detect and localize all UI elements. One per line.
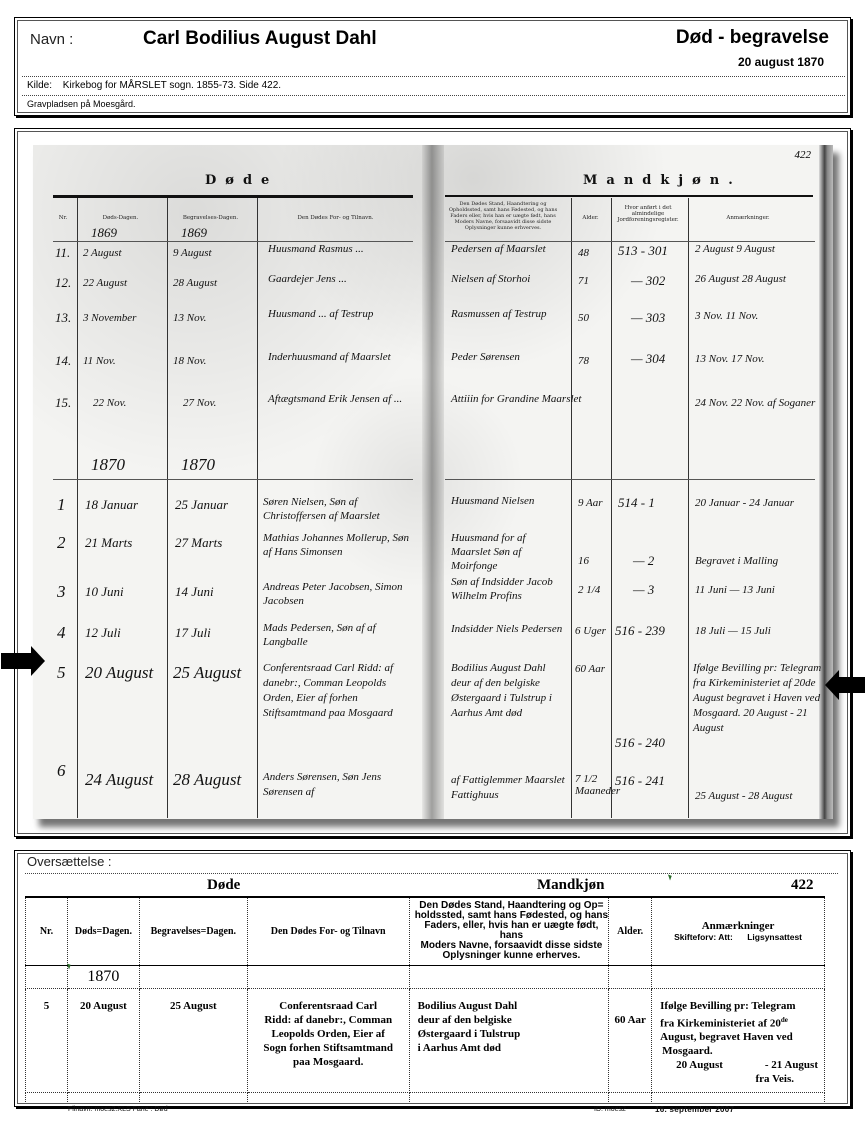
scan-death: 12 Juli	[85, 625, 121, 641]
entry-name: Conferentsraad Carl Ridd: af danebr:, Co…	[247, 988, 409, 1092]
entry-burial-day: 25 August	[139, 988, 247, 1092]
scan-stand: Nielsen af Storhoi	[451, 273, 530, 285]
scan-age: 2 1/4	[578, 584, 600, 596]
scan-year-1870-burial: 1870	[181, 455, 215, 475]
scan-nr-highlighted: 5	[57, 663, 66, 683]
scan-stand-highlighted: Bodilius August Dahl deur af den belgisk…	[451, 661, 566, 721]
scan-register: 513 - 301	[618, 243, 668, 259]
scan-burial: 25 Januar	[175, 497, 228, 513]
translation-label: Oversættelse :	[27, 854, 112, 869]
scan-nr: 12.	[55, 275, 71, 291]
burial-place-note: Gravpladsen på Moesgård.	[27, 99, 136, 109]
scan-note: 24 Nov. 22 Nov. af Soganer	[695, 397, 815, 409]
scan-stand: Indsidder Niels Pedersen	[451, 623, 562, 635]
divider	[22, 76, 845, 77]
remarks-line: Ifølge Bevilling pr: Telegram	[660, 999, 824, 1013]
scan-death: 10 Juni	[85, 584, 124, 600]
scan-stand: Rasmussen af Testrup	[451, 308, 547, 320]
scan-nr: 6	[57, 761, 66, 781]
scan-register: 514 - 1	[618, 495, 655, 511]
scan-age: 71	[578, 275, 589, 287]
year-cell: 1870	[67, 965, 139, 988]
scan-name: Inderhuusmand af Maarslet	[268, 351, 391, 363]
event-date: 20 august 1870	[738, 55, 824, 69]
scan-box: Døde Mandkjøn. 422 Nr. Døds-Dagen. Begra…	[14, 128, 851, 837]
remarks-superscript: de	[781, 1016, 788, 1024]
scan-name: Huusmand ... af Testrup	[268, 308, 373, 320]
scan-age: 78	[578, 355, 589, 367]
scan-year-1869-burial: 1869	[181, 225, 207, 241]
scan-note: Begravet i Malling	[695, 555, 778, 567]
event-type: Død - begravelse	[676, 27, 829, 49]
scan-note-highlighted: Ifølge Bevilling pr: Telegram fra Kirkem…	[693, 661, 823, 736]
scan-rule	[445, 195, 813, 197]
entry-age: 60 Aar	[609, 988, 652, 1092]
scan-name-highlighted: Conferentsraad Carl Ridd: af danebr:, Co…	[263, 661, 413, 721]
scan-col-line	[167, 198, 168, 818]
scan-burial: 28 August	[173, 770, 241, 790]
scan-col-line	[688, 198, 689, 818]
col-name: Den Dødes For- og Tilnavn	[247, 897, 409, 965]
scan-stand: Attiiin for Grandine Maarslet	[451, 393, 581, 405]
col-burial-day: Begravelses=Dagen.	[139, 897, 247, 965]
inquest-date: - 21 August	[765, 1058, 818, 1072]
scan-register: — 303	[631, 310, 665, 326]
scan-name: Mads Pedersen, Søn af af Langballe	[263, 621, 413, 649]
scan-header-line	[445, 241, 815, 242]
col-remarks-probate: Skifteforv: Att:	[674, 932, 733, 942]
scan-col-line	[571, 198, 572, 818]
scan-register: 516 - 239	[615, 623, 665, 639]
scan-page-number: 422	[795, 149, 812, 161]
name-label: Navn :	[30, 31, 73, 48]
col-remarks-inquest: Ligsynsattest	[747, 932, 802, 942]
scan-register: — 3	[633, 582, 654, 598]
scan-name: Søren Nielsen, Søn af Christoffersen af …	[263, 495, 413, 523]
scan-burial: 27 Marts	[175, 535, 222, 551]
scan-name: Andreas Peter Jacobsen, Simon Jacobsen	[263, 580, 413, 608]
scan-burial: 9 August	[173, 247, 212, 259]
scan-note: 25 August - 28 August	[695, 790, 792, 802]
entry-stand: Bodilius August Dahl deur af den belgisk…	[409, 988, 609, 1092]
scan-death: 22 August	[83, 277, 127, 289]
blank-row	[26, 1092, 825, 1102]
scan-burial: 13 Nov.	[173, 312, 206, 324]
scan-year-1870-death: 1870	[91, 455, 125, 475]
scan-burial: 17 Juli	[175, 625, 211, 641]
scan-nr: 13.	[55, 310, 71, 326]
scan-stand: Søn af Indsidder Jacob Wilhelm Profins	[451, 575, 566, 603]
scan-nr: 11.	[55, 245, 70, 261]
scan-col-nr: Nr.	[53, 215, 73, 221]
translation-header-row: Nr. Døds=Dagen. Begravelses=Dagen. Den D…	[26, 897, 825, 965]
translation-table: Nr. Døds=Dagen. Begravelses=Dagen. Den D…	[25, 896, 825, 1102]
scan-register: — 304	[631, 351, 665, 367]
scan-register: — 302	[631, 273, 665, 289]
scan-col-burial: Begravelses-Dagen.	[168, 215, 253, 221]
scan-register-highlighted: 516 - 240	[615, 735, 665, 751]
scan-year-line	[445, 479, 815, 480]
scan-death: 3 November	[83, 312, 136, 324]
footer-id: ID: moes2	[594, 1106, 626, 1113]
scan-register: 516 - 241	[615, 773, 665, 789]
col-stand: Den Dødes Stand, Haandtering og Op= hold…	[409, 897, 609, 965]
translation-title-left: Døde	[207, 877, 240, 894]
year-row: 1870	[26, 965, 825, 988]
col-death-day: Døds=Dagen.	[67, 897, 139, 965]
scan-col-line	[611, 198, 612, 818]
inquest-from: fra Veis.	[660, 1072, 824, 1086]
scan-age: 16	[578, 555, 589, 567]
scan-nr: 14.	[55, 353, 71, 369]
scan-age-highlighted: 60 Aar	[575, 663, 605, 675]
divider	[25, 873, 838, 874]
scan-stand: af Fattiglemmer Maarslet Fattighuus	[451, 773, 566, 803]
scan-stand: Huusmand Nielsen	[451, 495, 534, 507]
scan-name: Aftægtsmand Erik Jensen af ...	[268, 393, 402, 405]
arrow-right-icon	[1, 646, 45, 676]
scan-burial: 28 August	[173, 277, 217, 289]
scan-note: 13 Nov. 17 Nov.	[695, 353, 765, 365]
scan-note: 18 Juli — 15 Juli	[695, 625, 771, 637]
scan-age: 50	[578, 312, 589, 324]
scan-stand: Huusmand for af Maarslet Søn af Moirfong…	[451, 531, 566, 573]
scan-col-line	[77, 198, 78, 818]
scan-stand: Pedersen af Maarslet	[451, 243, 546, 255]
scan-death: 24 August	[85, 770, 153, 790]
scan-year-1869-death: 1869	[91, 225, 117, 241]
comment-marker-icon	[65, 963, 70, 969]
scan-death: 11 Nov.	[83, 355, 116, 367]
col-nr: Nr.	[26, 897, 68, 965]
scan-age: 6 Uger	[575, 625, 606, 637]
remarks-text: fra Kirkeministeriet af 20	[660, 1017, 781, 1029]
probate-date: 20 August	[676, 1058, 723, 1072]
scan-death-highlighted: 20 August	[85, 663, 153, 683]
scan-year-line	[53, 479, 413, 480]
remarks-line: August, begravet Haven ved	[660, 1030, 824, 1044]
scan-name: Mathias Johannes Mollerup, Søn af Hans S…	[263, 531, 413, 559]
scan-name: Huusmand Rasmus ...	[268, 243, 364, 255]
scan-col-age: Alder.	[573, 215, 608, 221]
source-value: Kirkebog for MÅRSLET sogn. 1855-73. Side…	[63, 80, 281, 91]
scan-col-stand: Den Dødes Stand, Haandtering og Opholdss…	[443, 201, 563, 231]
header-box: Navn : Carl Bodilius August Dahl Død - b…	[14, 17, 851, 116]
scan-note: 26 August 28 August	[695, 273, 786, 285]
source-line: Kilde: Kirkebog for MÅRSLET sogn. 1855-7…	[27, 80, 281, 91]
scan-death: 22 Nov.	[93, 397, 126, 409]
remarks-line: Mosgaard.	[660, 1044, 824, 1058]
scan-nr: 4	[57, 623, 66, 643]
scan-age: 48	[578, 247, 589, 259]
scan-rule	[53, 195, 413, 198]
scan-burial-highlighted: 25 August	[173, 663, 241, 683]
source-label: Kilde:	[27, 80, 52, 91]
church-book-scan: Døde Mandkjøn. 422 Nr. Døds-Dagen. Begra…	[33, 145, 833, 819]
divider	[22, 95, 845, 96]
scan-note: 3 Nov. 11 Nov.	[695, 310, 758, 322]
remarks-line: fra Kirkeministeriet af 20de	[660, 1013, 824, 1031]
scan-note: 2 August 9 August	[695, 243, 775, 255]
scan-nr: 3	[57, 582, 66, 602]
scan-col-name: Den Dødes For- og Tilnavn.	[258, 215, 413, 221]
book-spine	[422, 145, 444, 819]
scan-header-line	[53, 241, 413, 242]
scan-col-notes: Anmærkninger.	[693, 215, 803, 221]
translation-title-right: Mandkjøn	[537, 877, 605, 894]
scan-death: 2 August	[83, 247, 122, 259]
footer-date: 16. september 2007	[655, 1105, 734, 1114]
scan-nr: 15.	[55, 395, 71, 411]
footer-filename: Filnavn: moes2.XLS Fane : Død	[68, 1106, 168, 1113]
scan-death: 21 Marts	[85, 535, 132, 551]
scan-col-death: Døds-Dagen.	[78, 215, 163, 221]
arrow-left-icon	[825, 670, 865, 700]
scan-stand: Peder Sørensen	[451, 351, 520, 363]
scan-nr: 1	[57, 495, 66, 515]
col-remarks-sub: Skifteforv: Att: Ligsynsattest	[652, 932, 824, 942]
scan-burial: 18 Nov.	[173, 355, 206, 367]
scan-title-left: Døde	[205, 173, 278, 188]
scan-name: Gaardejer Jens ...	[268, 273, 347, 285]
entry-nr: 5	[26, 988, 68, 1092]
scan-note: 20 Januar - 24 Januar	[695, 497, 794, 509]
table-row: 5 20 August 25 August Conferentsraad Car…	[26, 988, 825, 1092]
scan-name: Anders Sørensen, Søn Jens Sørensen af	[263, 770, 413, 800]
scan-register: — 2	[633, 553, 654, 569]
col-remarks-title: Anmærkninger	[652, 920, 824, 932]
entry-death-day: 20 August	[67, 988, 139, 1092]
scan-death: 18 Januar	[85, 497, 138, 513]
scan-burial: 27 Nov.	[183, 397, 216, 409]
translation-page-number: 422	[791, 877, 814, 894]
scan-col-line	[257, 198, 258, 818]
scan-nr: 2	[57, 533, 66, 553]
translation-box: Oversættelse : Døde Mandkjøn 422 Nr. Død…	[14, 850, 851, 1107]
scan-age: 7 1/2 Maaneder	[575, 773, 609, 797]
person-name: Carl Bodilius August Dahl	[143, 28, 377, 50]
remarks-dates: 20 August - 21 August	[660, 1058, 824, 1072]
scan-col-register: Hvor anført i det almindelige Jordforeni…	[613, 205, 683, 223]
scan-note: 11 Juni — 13 Juni	[695, 584, 775, 596]
entry-remarks: Ifølge Bevilling pr: Telegram fra Kirkem…	[652, 988, 825, 1092]
year-value: 1870	[87, 968, 119, 985]
scan-age: 9 Aar	[578, 497, 603, 509]
scan-burial: 14 Juni	[175, 584, 214, 600]
scan-title-right: Mandkjøn.	[583, 173, 742, 188]
col-remarks: Anmærkninger Skifteforv: Att: Ligsynsatt…	[652, 897, 825, 965]
col-age: Alder.	[609, 897, 652, 965]
